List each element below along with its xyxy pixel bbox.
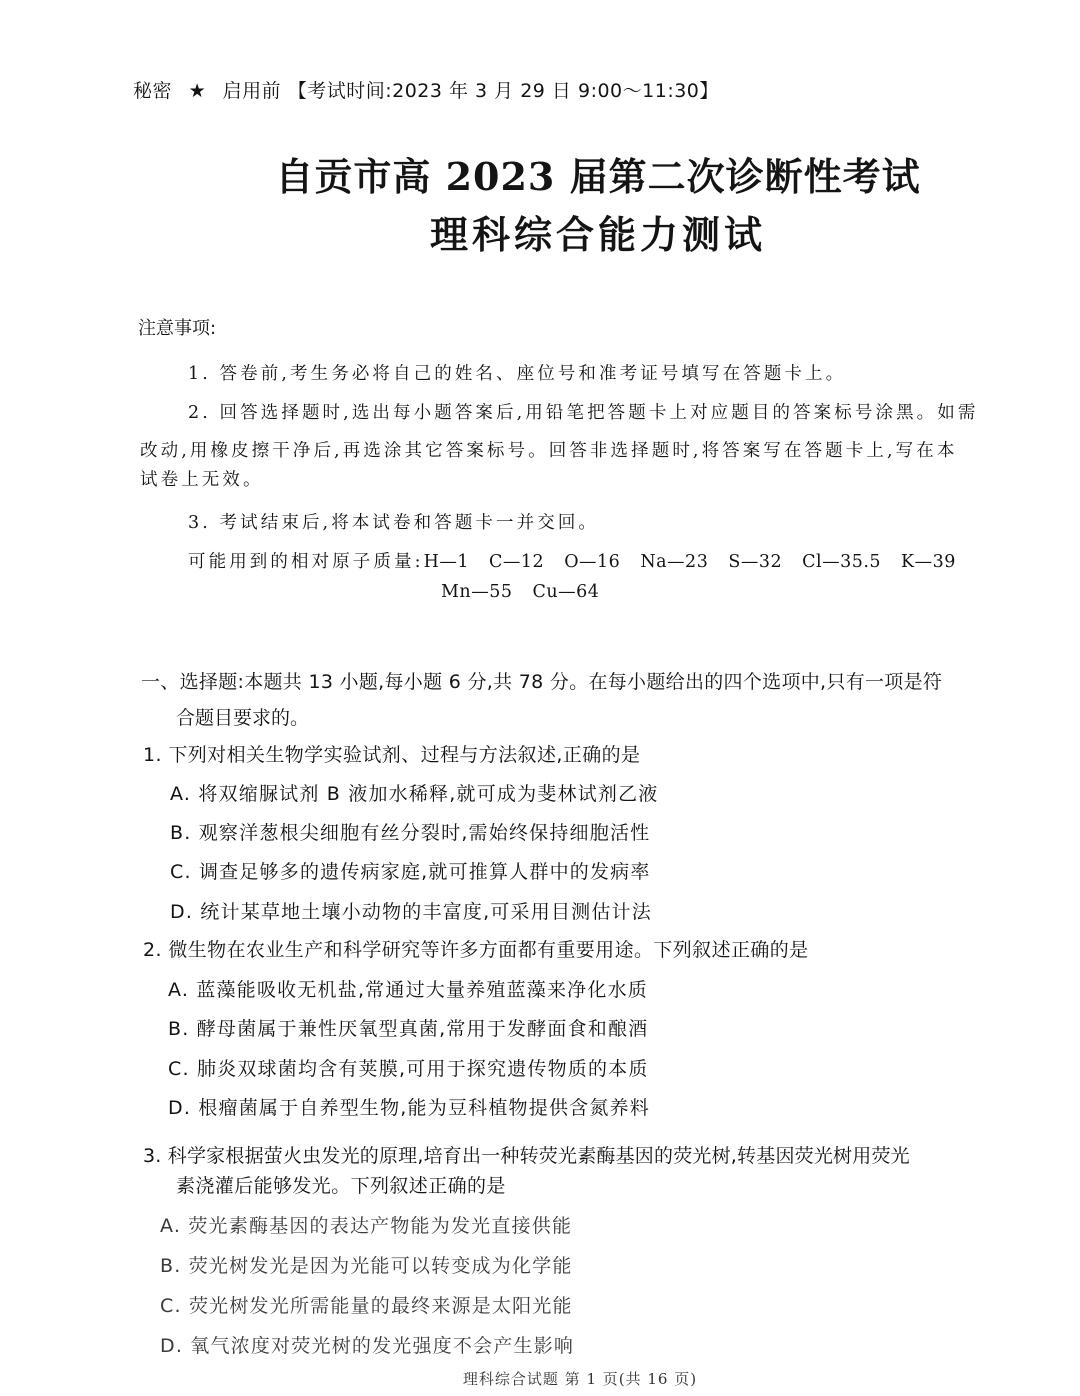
notice-item-1: 1. 答卷前,考生务必将自己的姓名、座位号和准考证号填写在答题卡上。	[188, 360, 846, 385]
question-1-option-a: A. 将双缩脲试剂 B 液加水稀释,就可成为斐林试剂乙液	[170, 779, 659, 806]
section-heading-line-2: 合题目要求的。	[176, 703, 309, 730]
atomic-mass-c: C—12	[489, 552, 544, 572]
confidential-header: 秘密 ★ 启用前 【考试时间:2023 年 3 月 29 日 9:00～11:3…	[133, 76, 719, 103]
atomic-mass-cl: Cl—35.5	[802, 552, 881, 572]
exam-subtitle: 理科综合能力测试	[0, 204, 1080, 259]
question-3-option-d: D. 氧气浓度对荧光树的发光强度不会产生影响	[160, 1331, 574, 1358]
question-2-stem: 2. 微生物在农业生产和科学研究等许多方面都有重要用途。下列叙述正确的是	[143, 935, 809, 962]
question-1-stem: 1. 下列对相关生物学实验试剂、过程与方法叙述,正确的是	[143, 740, 640, 767]
notice-heading: 注意事项:	[138, 314, 216, 340]
question-1-option-c: C. 调查足够多的遗传病家庭,就可推算人群中的发病率	[170, 857, 651, 884]
atomic-mass-na: Na—23	[640, 552, 708, 572]
confidential-label: 秘密	[133, 80, 172, 102]
atomic-mass-cu: Cu—64	[532, 582, 599, 602]
atomic-mass-h: H—1	[424, 552, 469, 572]
notice-item-3: 3. 考试结束后,将本试卷和答题卡一并交回。	[188, 509, 599, 534]
question-2-option-b: B. 酵母菌属于兼性厌氧型真菌,常用于发酵面食和酿酒	[168, 1014, 648, 1041]
notice-item-2-line-3: 试卷上无效。	[140, 466, 264, 491]
question-3-option-b: B. 荧光树发光是因为光能可以转变成为化学能	[160, 1251, 573, 1278]
question-1-option-d: D. 统计某草地土壤小动物的丰富度,可采用目测估计法	[170, 897, 652, 924]
before-use-label: 启用前	[223, 80, 282, 102]
notice-item-2-line-2: 改动,用橡皮擦干净后,再选涂其它答案标号。回答非选择题时,将答案写在答题卡上,写…	[140, 437, 957, 462]
notice-item-2-line-1: 2. 回答选择题时,选出每小题答案后,用铅笔把答题卡上对应题目的答案标号涂黑。如…	[188, 399, 978, 424]
page-footer: 理科综合试题 第 1 页(共 16 页)	[0, 1368, 1080, 1389]
question-3-option-c: C. 荧光树发光所需能量的最终来源是太阳光能	[160, 1291, 573, 1318]
exam-time: 【考试时间:2023 年 3 月 29 日 9:00～11:30】	[288, 80, 719, 102]
question-1-option-b: B. 观察洋葱根尖细胞有丝分裂时,需始终保持细胞活性	[170, 818, 650, 845]
question-2-option-a: A. 蓝藻能吸收无机盐,常通过大量养殖蓝藻来净化水质	[168, 975, 648, 1002]
atomic-mass-label: 可能用到的相对原子质量:	[188, 552, 424, 572]
question-3-option-a: A. 荧光素酶基因的表达产物能为发光直接供能	[160, 1211, 572, 1238]
atomic-mass-k: K—39	[901, 552, 956, 572]
atomic-mass-o: O—16	[564, 552, 620, 572]
atomic-mass-mn: Mn—55	[441, 582, 512, 602]
question-2-option-d: D. 根瘤菌属于自养型生物,能为豆科植物提供含氮养料	[168, 1093, 650, 1120]
atomic-mass-s: S—32	[728, 552, 782, 572]
question-2-option-c: C. 肺炎双球菌均含有荚膜,可用于探究遗传物质的本质	[168, 1054, 649, 1081]
atomic-mass-line-1: 可能用到的相对原子质量:H—1C—12O—16Na—23S—32Cl—35.5K…	[188, 548, 976, 573]
atomic-mass-line-2: Mn—55Cu—64	[441, 582, 619, 602]
star-icon: ★	[189, 80, 207, 102]
section-heading-line-1: 一、选择题:本题共 13 小题,每小题 6 分,共 78 分。在每小题给出的四个…	[141, 667, 942, 694]
question-3-stem-line-1: 3. 科学家根据萤火虫发光的原理,培育出一种转荧光素酶基因的荧光树,转基因荧光树…	[143, 1141, 910, 1168]
exam-title: 自贡市高 2023 届第二次诊断性考试	[0, 146, 1080, 201]
question-3-stem-line-2: 素浇灌后能够发光。下列叙述正确的是	[176, 1171, 506, 1198]
